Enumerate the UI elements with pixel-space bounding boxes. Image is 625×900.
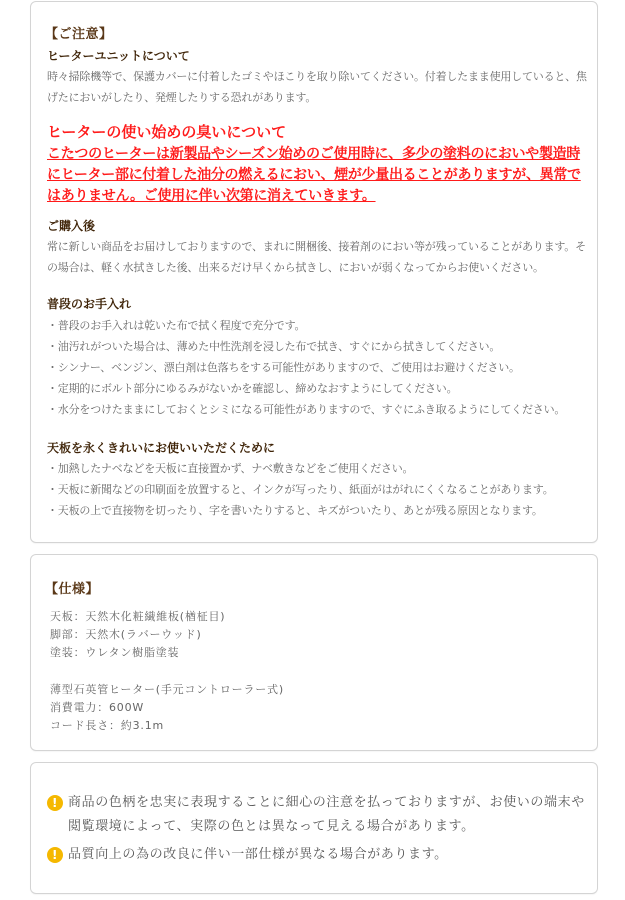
spec-card: 【仕様】 天板：天然木化粧繊維板(楢柾目) 脚部：天然木(ラバーウッド) 塗装：… bbox=[30, 554, 598, 751]
list-item: ・水分をつけたままにしておくとシミになる可能性がありますので、すぐにふき取るよう… bbox=[47, 399, 592, 420]
list-item: ・天板の上で直接物を切ったり、字を書いたりすると、キズがついたり、あとが残る原因… bbox=[47, 500, 592, 521]
spec-materials-list: 天板：天然木化粧繊維板(楢柾目) 脚部：天然木(ラバーウッド) 塗装：ウレタン樹… bbox=[50, 608, 225, 662]
spec-item: 消費電力：600W bbox=[50, 699, 284, 717]
tabletop-list: ・加熱したナベなどを天板に直接置かず、ナベ敷きなどをご使用ください。 ・天板に新… bbox=[47, 458, 592, 521]
disclaimer-item: ! 品質向上の為の改良に伴い一部仕様が異なる場合があります。 bbox=[47, 843, 587, 867]
heater-unit-body: 時々掃除機等で、保護カバーに付着したゴミやほこりを取り除いてください。付着したま… bbox=[47, 66, 592, 108]
disclaimer-card: ! 商品の色柄を忠実に表現することに細心の注意を払っておりますが、お使いの端末や… bbox=[30, 762, 598, 894]
list-item: ・普段のお手入れは乾いた布で拭く程度で充分です。 bbox=[47, 315, 592, 336]
list-item: ・定期的にボルト部分にゆるみがないかを確認し、締めなおすようにしてください。 bbox=[47, 378, 592, 399]
disclaimer-item: ! 商品の色柄を忠実に表現することに細心の注意を払っておりますが、お使いの端末や… bbox=[47, 791, 587, 839]
notice-card: 【ご注意】 ヒーターユニットについて 時々掃除機等で、保護カバーに付着したゴミや… bbox=[30, 1, 598, 543]
spec-item: コード長さ：約3.1m bbox=[50, 717, 284, 735]
disclaimer-text: 品質向上の為の改良に伴い一部仕様が異なる場合があります。 bbox=[68, 847, 448, 862]
daily-care-list: ・普段のお手入れは乾いた布で拭く程度で充分です。 ・油汚れがついた場合は、薄めた… bbox=[47, 315, 592, 420]
after-purchase-heading: ご購入後 bbox=[47, 217, 95, 234]
spec-item: 脚部：天然木(ラバーウッド) bbox=[50, 626, 225, 644]
list-item: ・天板に新聞などの印刷面を放置すると、インクが写ったり、紙面がはがれにくくなるこ… bbox=[47, 479, 592, 500]
odor-body: こたつのヒーターは新製品やシーズン始めのご使用時に、多少の塗料のにおいや製造時に… bbox=[47, 144, 592, 207]
exclamation-circle-icon: ! bbox=[47, 795, 63, 811]
spec-heater-list: 薄型石英管ヒーター(手元コントローラー式) 消費電力：600W コード長さ：約3… bbox=[50, 681, 284, 735]
spec-item: 天板：天然木化粧繊維板(楢柾目) bbox=[50, 608, 225, 626]
list-item: ・加熱したナベなどを天板に直接置かず、ナベ敷きなどをご使用ください。 bbox=[47, 458, 592, 479]
spec-item: 塗装：ウレタン樹脂塗装 bbox=[50, 644, 225, 662]
disclaimer-text: 商品の色柄を忠実に表現することに細心の注意を払っておりますが、お使いの端末や閲覧… bbox=[68, 795, 585, 834]
odor-heading: ヒーターの使い始めの臭いについて bbox=[47, 121, 286, 142]
disclaimer-list: ! 商品の色柄を忠実に表現することに細心の注意を払っておりますが、お使いの端末や… bbox=[47, 791, 587, 871]
after-purchase-body: 常に新しい商品をお届けしておりますので、まれに開梱後、接着剤のにおい等が残ってい… bbox=[47, 236, 592, 278]
daily-care-heading: 普段のお手入れ bbox=[47, 295, 131, 312]
list-item: ・シンナー、ベンジン、漂白剤は色落ちをする可能性がありますので、ご使用はお避けく… bbox=[47, 357, 592, 378]
heater-unit-heading: ヒーターユニットについて bbox=[47, 47, 190, 64]
spec-item: 薄型石英管ヒーター(手元コントローラー式) bbox=[50, 681, 284, 699]
exclamation-circle-icon: ! bbox=[47, 847, 63, 863]
list-item: ・油汚れがついた場合は、薄めた中性洗剤を浸した布で拭き、すぐにから拭きしてくださ… bbox=[47, 336, 592, 357]
tabletop-heading: 天板を永くきれいにお使いいただくために bbox=[47, 439, 275, 456]
notice-title: 【ご注意】 bbox=[45, 23, 113, 42]
spec-title: 【仕様】 bbox=[45, 578, 99, 597]
